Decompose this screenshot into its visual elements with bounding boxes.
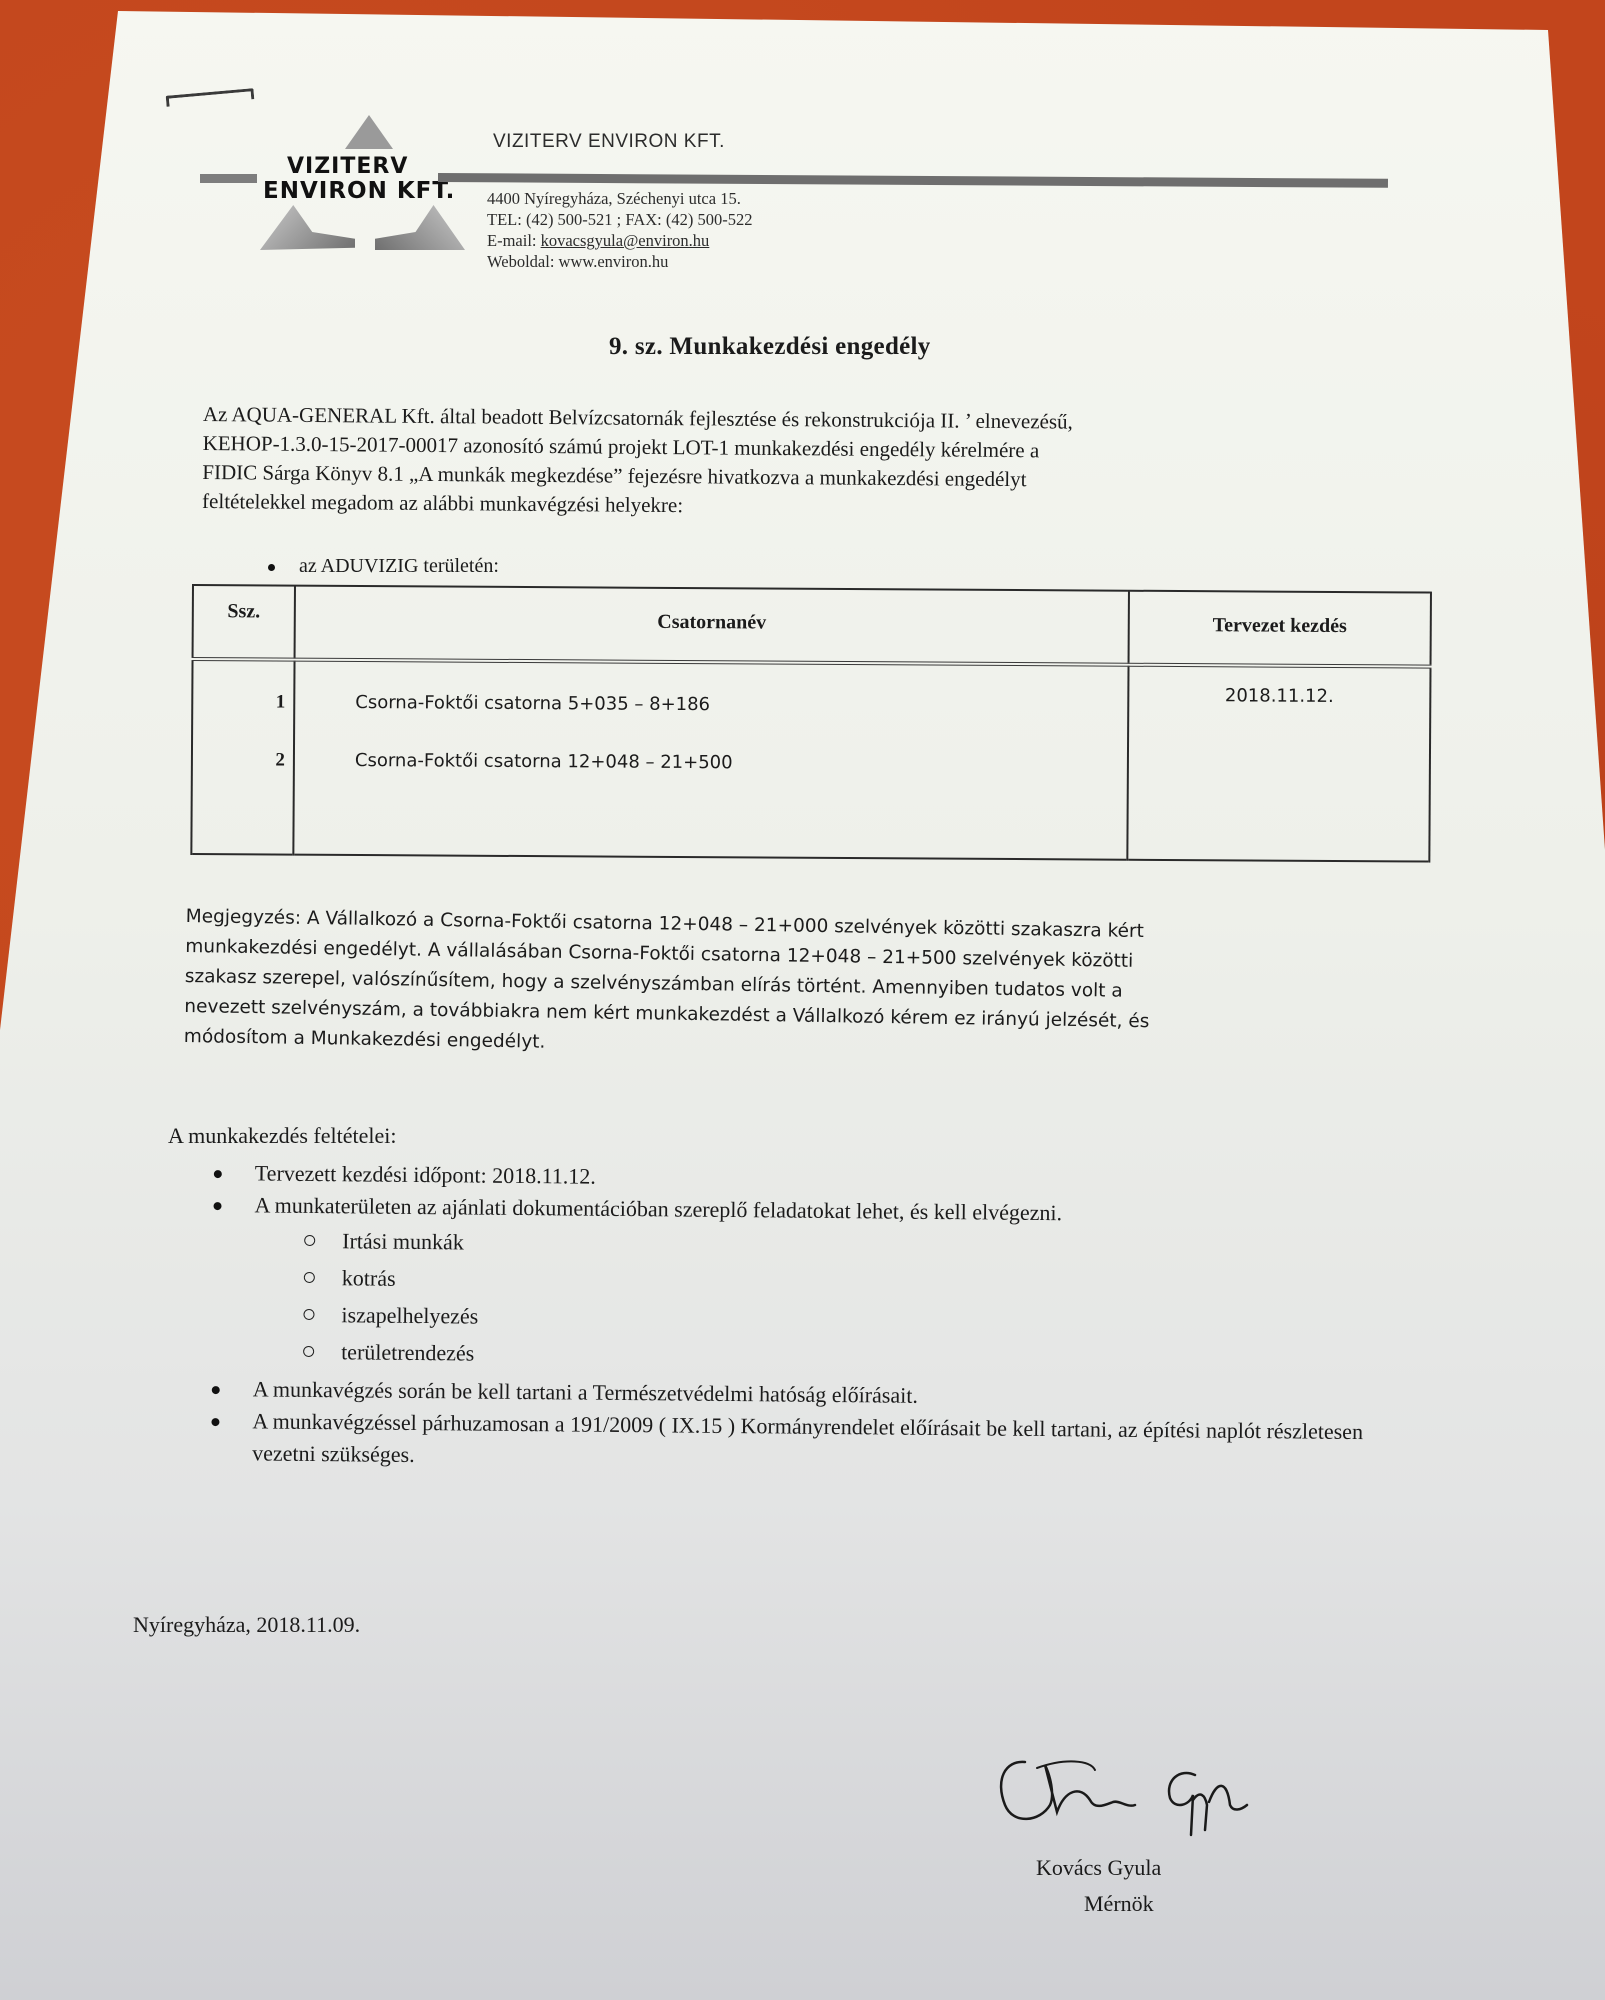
website-link[interactable]: www.environ.hu	[559, 252, 669, 271]
logo-text-line2: ENVIRON KFT.	[263, 178, 455, 204]
planned-start-date: 2018.11.12.	[1130, 685, 1428, 708]
row-names-cell: Csorna-Foktői csatorna 5+035 – 8+186 Cso…	[293, 660, 1128, 860]
company-logo: VIZITERV ENVIRON KFT.	[195, 110, 480, 255]
contact-block: 4400 Nyíregyháza, Széchenyi utca 15. TEL…	[487, 188, 753, 272]
signature-icon	[995, 1750, 1255, 1840]
email-link[interactable]: kovacsgyula@environ.hu	[541, 231, 710, 250]
circle-bullet-icon	[304, 1235, 315, 1246]
row-numbers-cell: 1 2	[191, 659, 294, 855]
document-page: VIZITERV ENVIRON KFT. VIZITERV ENVIRON K…	[0, 0, 1605, 2000]
permit-table: Ssz. Csatornanév Tervezet kezdés 1 2 Cso…	[190, 584, 1432, 863]
table-row: 1 2 Csorna-Foktői csatorna 5+035 – 8+186…	[191, 659, 1430, 862]
channel-name: Csorna-Foktői csatorna 12+048 – 21+500	[355, 732, 1126, 795]
bullet-icon	[212, 1386, 220, 1394]
bullet-icon	[268, 564, 275, 571]
logo-dash-icon	[200, 174, 257, 183]
row-dates-cell: 2018.11.12.	[1127, 665, 1430, 862]
bullet-icon	[213, 1202, 221, 1210]
phone-fax: TEL: (42) 500-521 ; FAX: (42) 500-522	[487, 209, 753, 230]
header-planned-start: Tervezet kezdés	[1129, 591, 1431, 667]
conditions-title: A munkakezdés feltételei:	[168, 1123, 396, 1149]
email-label: E-mail:	[487, 231, 541, 250]
company-name: VIZITERV ENVIRON KFT.	[493, 131, 725, 153]
bullet-icon	[214, 1170, 222, 1178]
area-label: az ADUVIZIG területén:	[299, 555, 499, 577]
task-text: területrendezés	[341, 1339, 474, 1365]
address: 4400 Nyíregyháza, Széchenyi utca 15.	[487, 188, 753, 209]
task-text: kotrás	[342, 1265, 396, 1291]
task-text: iszapelhelyezés	[341, 1302, 478, 1328]
signer-title: Mérnök	[1084, 1891, 1154, 1917]
condition-text: Tervezett kezdési időpont: 2018.11.12.	[255, 1160, 596, 1188]
table-header-row: Ssz. Csatornanév Tervezet kezdés	[193, 585, 1431, 667]
intro-paragraph: Az AQUA-GENERAL Kft. által beadott Belví…	[202, 400, 1383, 526]
signer-name: Kovács Gyula	[1036, 1855, 1161, 1881]
place-and-date: Nyíregyháza, 2018.11.09.	[133, 1612, 360, 1638]
website-label: Weboldal:	[487, 252, 559, 271]
condition-text: A munkavégzés során be kell tartani a Te…	[253, 1376, 918, 1407]
row-number: 2	[194, 731, 285, 790]
area-bullet: az ADUVIZIG területén:	[268, 555, 499, 578]
logo-shape-left-icon	[260, 205, 355, 250]
staple	[166, 88, 255, 107]
bullet-icon	[211, 1418, 219, 1426]
document-title: 9. sz. Munkakezdési engedély	[609, 333, 931, 361]
website-line: Weboldal: www.environ.hu	[487, 251, 753, 272]
note-paragraph: Megjegyzés: A Vállalkozó a Csorna-Foktői…	[184, 902, 1416, 1071]
conditions-list: Tervezett kezdési időpont: 2018.11.12. A…	[207, 1157, 1460, 1481]
logo-shape-right-icon	[375, 205, 465, 250]
logo-text-line1: VIZITERV	[287, 154, 408, 179]
header-rule	[438, 173, 1388, 188]
circle-bullet-icon	[303, 1346, 314, 1357]
channel-name: Csorna-Foktői csatorna 5+035 – 8+186	[355, 674, 1126, 737]
condition-item: A munkavégzéssel párhuzamosan a 191/2009…	[207, 1405, 1393, 1480]
email-line: E-mail: kovacsgyula@environ.hu	[487, 230, 753, 251]
task-sublist: Irtási munkák kotrás iszapelhelyezés ter…	[208, 1221, 1459, 1381]
logo-triangle-top-icon	[345, 115, 393, 149]
header-ssz: Ssz.	[193, 585, 295, 660]
task-text: Irtási munkák	[342, 1228, 464, 1254]
circle-bullet-icon	[304, 1272, 315, 1283]
circle-bullet-icon	[303, 1309, 314, 1320]
condition-text: A munkaterületen az ajánlati dokumentáci…	[254, 1192, 1062, 1225]
condition-text: A munkavégzéssel párhuzamosan a 191/2009…	[252, 1408, 1363, 1467]
row-number: 1	[194, 673, 285, 732]
header-channel-name: Csatornanév	[295, 586, 1129, 665]
